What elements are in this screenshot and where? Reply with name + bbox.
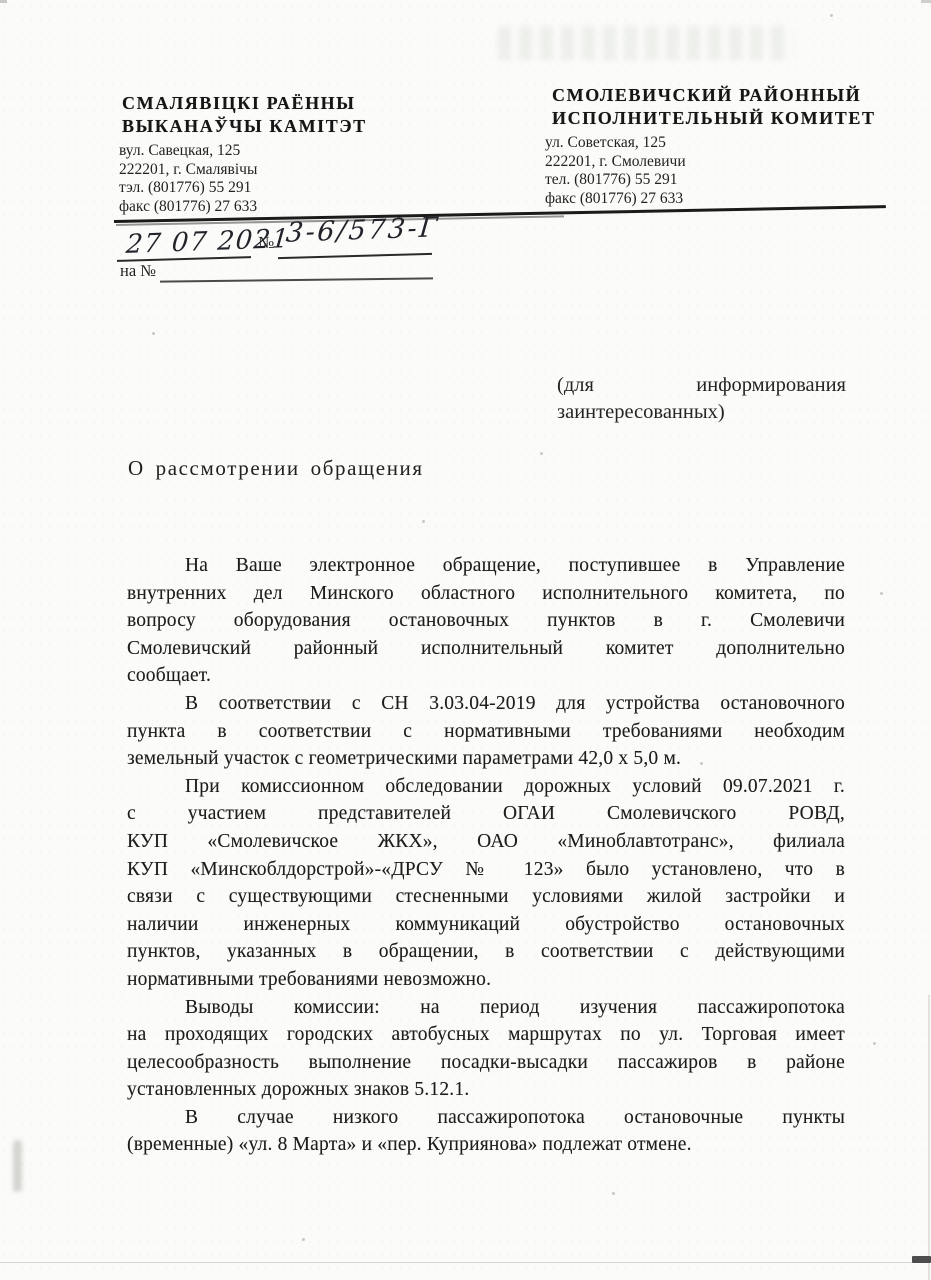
letterhead-left-title-line1: СМАЛЯВІЦКІ РАЁННЫ [122,92,367,115]
letterhead-left-address-line: вул. Савецкая, 125 [119,142,257,161]
body-text-line: земельный участок с геометрическими пара… [127,745,845,773]
letterhead-right-address: ул. Советская, 125 222201, г. Смолевичи … [545,134,686,208]
body-text-line: (временные) «ул. 8 Марта» и «пер. Куприя… [127,1131,845,1159]
outgoing-number-handwritten: 3-6/573-Г [285,212,441,248]
reply-number-blank-line [160,277,433,282]
body-text-line: На Ваше электронное обращение, поступивш… [127,552,845,580]
scanned-letter-page: СМАЛЯВІЦКІ РАЁННЫ ВЫКАНАЎЧЫ КАМІТЭТ вул.… [0,0,931,1280]
letterhead-right-title: СМОЛЕВИЧСКИЙ РАЙОННЫЙ ИСПОЛНИТЕЛЬНЫЙ КОМ… [552,84,876,129]
body-paragraph: При комиссионном обследовании дорожных у… [127,773,845,994]
scan-speckle [880,592,883,595]
scan-speckle [700,762,703,765]
bottom-scan-line [0,1262,931,1263]
letterhead-right-address-line: факс (801776) 27 633 [545,190,686,209]
left-edge-smudge [13,1140,22,1192]
letterhead-left-address-line: 222201, г. Смалявічы [119,161,257,180]
body-paragraph: В соответствии с СН 3.03.04-2019 для уст… [127,690,845,773]
letterhead-left-title-line2: ВЫКАНАЎЧЫ КАМІТЭТ [122,115,367,138]
body-text-line: вопросу оборудования остановочных пункто… [127,607,845,635]
recipient-note-word: (для [557,372,594,399]
letterhead-right-title-line1: СМОЛЕВИЧСКИЙ РАЙОННЫЙ [552,84,876,107]
body-paragraph: На Ваше электронное обращение, поступивш… [127,552,845,690]
scan-speckle [540,452,543,455]
body-text-line: КУП «Смолевичское ЖКХ», ОАО «Миноблавтот… [127,828,845,856]
letterhead-left-address-line: тэл. (801776) 55 291 [119,179,257,198]
recipient-note: (для информирования заинтересованных) [557,372,846,426]
body-text-line: с участием представителей ОГАИ Смолевичс… [127,800,845,828]
body-text-line: При комиссионном обследовании дорожных у… [127,773,845,801]
body-text-line: пунктов, указанных в обращении, в соотве… [127,938,845,966]
body-text-line: внутренних дел Минского областного испол… [127,580,845,608]
number-underline [278,253,432,259]
subject-line: О рассмотрении обращения [128,456,424,481]
reply-number-label: на № [120,261,156,281]
scan-edge-mark [0,0,7,3]
body-text-line: В случае низкого пассажиропотока останов… [127,1104,845,1132]
letterhead-left-address-line: факс (801776) 27 633 [119,198,257,217]
body-text-line: нормативными требованиями невозможно. [127,966,845,994]
scan-speckle [873,1042,876,1045]
recipient-note-line1: (для информирования [557,372,846,399]
body-text-line: пункта в соответствии с нормативными тре… [127,718,845,746]
body-text-line: В соответствии с СН 3.03.04-2019 для уст… [127,690,845,718]
body-text-line: КУП «Минскоблдорстрой»-«ДРСУ № 123» было… [127,856,845,884]
letterhead-right-address-line: тел. (801776) 55 291 [545,171,686,190]
body-text-line: Выводы комиссии: на период изучения пасс… [127,994,845,1022]
scan-speckle [830,14,833,17]
letterhead-right-address-line: 222201, г. Смолевичи [545,153,686,172]
body-text-line: наличии инженерных коммуникаций обустрой… [127,911,845,939]
body-text-line: установленных дорожных знаков 5.12.1. [127,1076,845,1104]
body-text-line: сообщает. [127,662,845,690]
bottom-right-corner-mark [912,1256,931,1263]
letterhead-right-address-line: ул. Советская, 125 [545,134,686,153]
number-sign-label: № [258,233,274,253]
body-text-line: связи с существующими стесненными услови… [127,883,845,911]
body-text-line: Смолевичский районный исполнительный ком… [127,635,845,663]
letterhead-left-title: СМАЛЯВІЦКІ РАЁННЫ ВЫКАНАЎЧЫ КАМІТЭТ [122,92,367,137]
recipient-note-line2: заинтересованных) [557,399,846,426]
letter-body: На Ваше электронное обращение, поступивш… [127,552,845,1159]
body-text-line: целесообразность выполнение посадки-выса… [127,1049,845,1077]
scan-edge-mark [921,0,931,3]
right-edge-scan-line [928,995,930,1280]
recipient-note-word: информирования [696,372,846,399]
body-paragraph: Выводы комиссии: на период изучения пасс… [127,994,845,1104]
body-paragraph: В случае низкого пассажиропотока останов… [127,1104,845,1159]
bleed-through-artifact [498,26,793,60]
letterhead-left-address: вул. Савецкая, 125 222201, г. Смалявічы … [119,142,257,216]
scan-speckle [422,520,425,523]
body-text-line: на проходящих городских автобусных маршр… [127,1021,845,1049]
scan-speckle [612,1192,615,1195]
letterhead-right-title-line2: ИСПОЛНИТЕЛЬНЫЙ КОМИТЕТ [552,107,876,130]
scan-speckle [302,1238,305,1241]
scan-speckle [152,332,155,335]
